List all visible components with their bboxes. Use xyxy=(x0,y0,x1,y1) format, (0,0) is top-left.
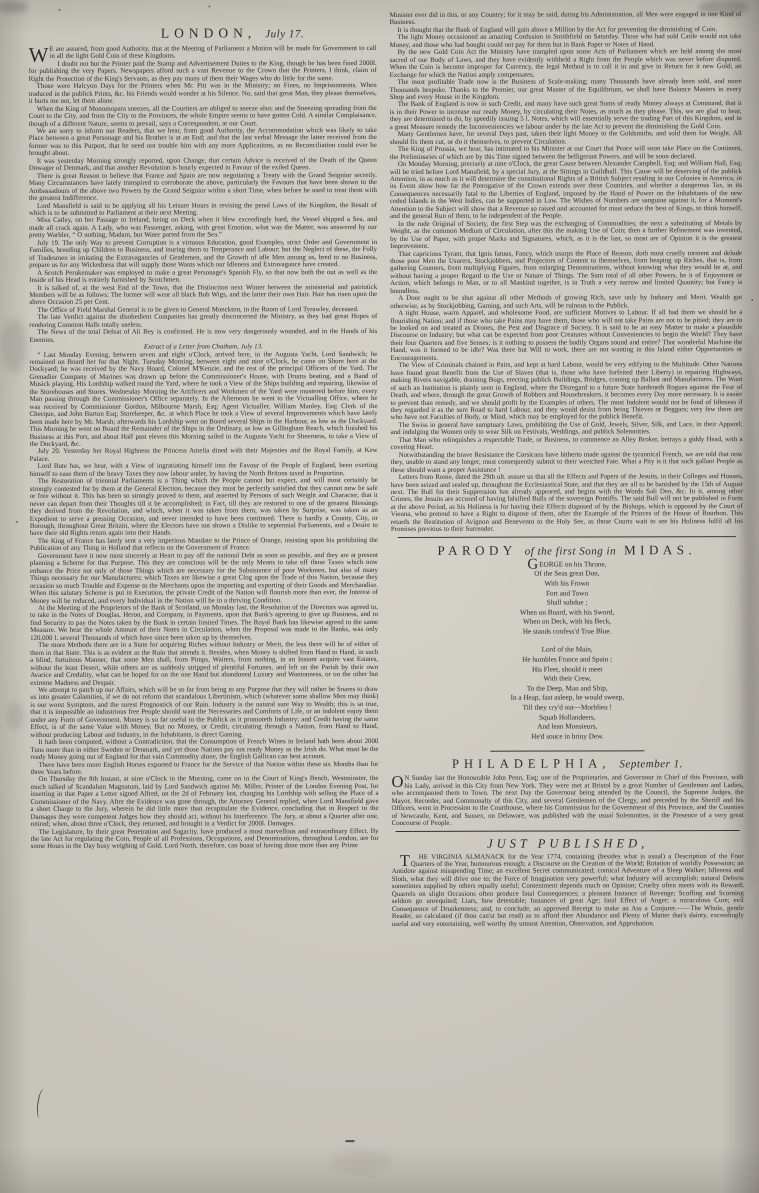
news-paragraph: That capricious Tyrant, that Ignis fatuu… xyxy=(390,250,742,296)
poem-line: When on Deck, with his Beck, xyxy=(452,617,682,627)
london-news-continued: Minister ever did in this, or any Countr… xyxy=(389,11,742,534)
news-paragraph: The Restoration of triennial Parliaments… xyxy=(30,477,378,538)
london-news-body: WE are assured, from good Authority, tha… xyxy=(29,45,379,851)
news-paragraph: July 19. The only Way to prevent Corrupt… xyxy=(29,239,377,270)
ink-speck xyxy=(16,521,18,523)
news-paragraph: “ Last Monday Evening, between seven and… xyxy=(29,351,377,449)
news-paragraph: The Legislature, by their great Penetrat… xyxy=(31,828,379,851)
news-paragraph: On Monday Morning, precisely at nine o'C… xyxy=(390,160,742,221)
poem-line: Fort and Town xyxy=(452,589,682,599)
poem-line: He'd souce in briny Dew. xyxy=(452,732,682,742)
news-paragraph: The Bank of England is now in such Credi… xyxy=(390,100,742,131)
drop-cap: W xyxy=(29,46,50,63)
parody-poem: GEORGE on his Throne, Of the Seas great … xyxy=(452,560,682,742)
corner-shadow xyxy=(0,1,28,13)
news-paragraph: By the new Gold Coin Act the Ministry ha… xyxy=(390,48,742,79)
ink-speck xyxy=(208,5,210,7)
poem-stanza-2: Lord of the Main,He humbles France and S… xyxy=(452,646,682,743)
news-paragraph: On Thursday the 8th Instant, at nine o'C… xyxy=(30,775,378,828)
ink-speck xyxy=(751,299,753,301)
poem-line: With their Crew, xyxy=(452,674,682,684)
news-paragraph: We are sorry to inform our Readers, that… xyxy=(29,127,377,158)
poem-stanza-1-lines: Of the Seas great Don,With his FrownFort… xyxy=(452,570,682,638)
drop-cap: T xyxy=(392,853,411,867)
news-paragraph: The King of France has lately sent a ver… xyxy=(30,537,378,553)
left-column: LONDON, July 17. WE are assured, from go… xyxy=(29,24,379,851)
ink-stain xyxy=(1,319,27,373)
poem-line: Shall subdue ; xyxy=(452,598,682,608)
news-paragraph: Lord Mansfield is said to be applying al… xyxy=(29,202,377,218)
poem-line: To the Deep, Man and Ship, xyxy=(452,684,682,694)
poem-line-text: EORGE on his Throne, xyxy=(539,560,606,568)
just-published-label: JUST PUBLISHED, xyxy=(487,836,648,850)
drop-cap: O xyxy=(391,775,404,789)
news-paragraph: July 20. Yesterday her Royal Highness th… xyxy=(30,447,378,463)
news-paragraph: The Swiss in general have sumptuary Laws… xyxy=(391,421,743,437)
news-paragraph: Notwithstanding the brave Resistance the… xyxy=(391,451,743,474)
news-paragraph: Government have it now most sincerely at… xyxy=(30,552,378,605)
news-paragraph: Lord Bute has, we hear, with a View of i… xyxy=(30,462,378,478)
news-paragraph: There is great Reason to believe that Fr… xyxy=(29,172,377,203)
just-published-heading: JUST PUBLISHED, xyxy=(392,834,744,853)
london-city-heading: LONDON, xyxy=(161,25,256,40)
poem-line: Of the Seas great Don, xyxy=(452,570,682,580)
news-paragraph: The late Verdict against the disobedient… xyxy=(29,313,377,329)
poem-line: And lean Monsieurs, xyxy=(452,722,682,732)
news-paragraph: The News of the total Defeat of Ali Bey … xyxy=(29,328,377,344)
news-paragraph: It hath been computed, without a Contrad… xyxy=(30,738,378,761)
poem-line: He stands confess'd True Blue. xyxy=(452,627,682,637)
poem-line: Till they cry'd out—Morblieu ! xyxy=(452,703,682,713)
news-paragraph: THE VIRGINIA ALMANACK for the Year 1774,… xyxy=(392,853,744,928)
just-published-body: THE VIRGINIA ALMANACK for the Year 1774,… xyxy=(392,853,744,928)
news-paragraph: The most profitable Trade now is the Bus… xyxy=(390,78,742,101)
poem-stanza-1: GEORGE on his Throne, Of the Seas great … xyxy=(452,560,682,637)
parody-word: PARODY xyxy=(437,542,516,557)
philadelphia-dateline: PHILADELPHIA, September 1. xyxy=(391,754,743,773)
paper-smudge xyxy=(331,1150,391,1174)
news-paragraph: A Door ought to be shut against all othe… xyxy=(390,294,742,310)
parody-midas-word: MIDAS. xyxy=(624,542,696,557)
news-paragraph: We attempt to patch up our Affairs, whic… xyxy=(30,686,378,739)
news-paragraph: The light Money occasioned an amazing Co… xyxy=(390,33,742,49)
poem-line: Lord of the Main, xyxy=(452,646,682,656)
news-paragraph: When the King of Monomopara sneezes, all… xyxy=(29,105,377,128)
news-paragraph: There have been more English Horses expo… xyxy=(30,761,378,777)
poem-line: In a Heap, fast asleep, he would sweep, xyxy=(452,694,682,704)
news-paragraph: Minister ever did in this, or any Countr… xyxy=(389,11,741,27)
news-paragraph: I doubt not but the Printer paid the Sta… xyxy=(29,60,377,83)
philadelphia-city-heading: PHILADELPHIA, xyxy=(452,757,610,771)
parody-heading: PARODY of the first Song in MIDAS. xyxy=(391,541,743,560)
news-paragraph: The King of Prussia, we hear, has intima… xyxy=(390,145,742,161)
news-paragraph: A Scotch Perukemaker was employed to mak… xyxy=(29,269,377,285)
section-rule xyxy=(398,536,736,538)
news-paragraph: The View of Criminals chained in Pairs, … xyxy=(390,361,742,422)
ink-speck xyxy=(58,9,60,11)
handwritten-paren-mark xyxy=(35,1088,50,1119)
news-paragraph: At the Meeting of the Proprietors of the… xyxy=(30,604,378,642)
fold-shadow xyxy=(741,329,756,889)
news-paragraph: Many Gentlemen have, for several Days pa… xyxy=(390,130,742,146)
newspaper-page: LONDON, July 17. WE are assured, from go… xyxy=(0,0,759,1193)
london-date: July 17. xyxy=(265,28,304,40)
poem-line-first: GEORGE on his Throne, xyxy=(452,560,682,570)
news-paragraph: In the rude Original of Society, the fir… xyxy=(390,220,742,251)
news-paragraph: It was yesterday Morning strongly report… xyxy=(29,157,377,173)
news-paragraph: The more Methods there are in a State fo… xyxy=(30,641,378,687)
poem-line: His Fleet, should it meet xyxy=(452,665,682,675)
news-paragraph: It is talked of, at the west End of the … xyxy=(29,284,377,307)
just-published-rule xyxy=(395,830,740,832)
ink-dash-mark xyxy=(345,1140,354,1142)
news-paragraph: That Man who relinquishes a respectable … xyxy=(391,436,743,452)
poem-line: With his Frown xyxy=(452,579,682,589)
poem-line: Squab Hollandeers, xyxy=(452,713,682,723)
philadelphia-body: ON Sunday last the Honourable John Penn,… xyxy=(391,774,743,827)
news-paragraph: Miss Catley, on her Passage to Ireland, … xyxy=(29,216,377,239)
ink-stain xyxy=(6,701,24,731)
poem-end-rule xyxy=(490,751,645,752)
news-paragraph: Those were Halcyon Days for the Printers… xyxy=(29,82,377,105)
poem-line: He humbles France and Spain ; xyxy=(452,655,682,665)
poem-line: When on Board, with his Sword, xyxy=(452,608,682,618)
news-paragraph: A tight House, warm Apparel, and wholeso… xyxy=(390,309,742,362)
philadelphia-date: September 1. xyxy=(619,759,682,771)
right-column: Minister ever did in this, or any Countr… xyxy=(389,11,743,928)
news-paragraph: Letters from Rome, dated the 29th ult. a… xyxy=(391,473,743,534)
news-paragraph: ON Sunday last the Honourable John Penn,… xyxy=(391,774,743,827)
london-dateline: LONDON, July 17. xyxy=(59,24,407,43)
news-paragraph: WE are assured, from good Authority, tha… xyxy=(29,45,377,61)
